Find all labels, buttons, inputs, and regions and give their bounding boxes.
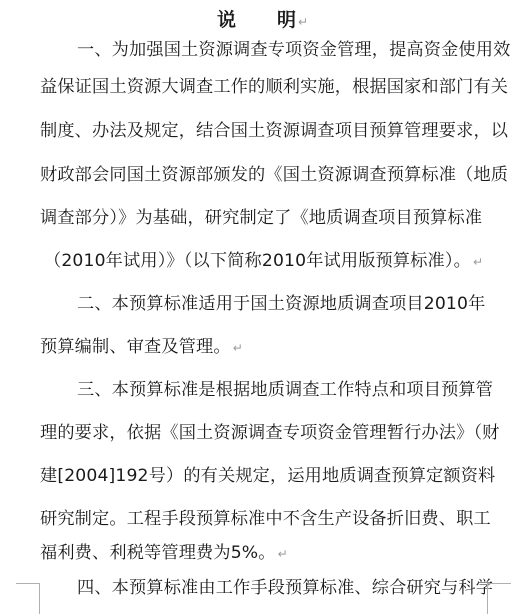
- title-char-1: 说: [217, 5, 236, 32]
- text-line: （2010年试用）》（以下简称2010年试用版预算标准）。↵: [44, 248, 494, 274]
- text-line: 制度、办法及规定，结合国土资源调查项目预算管理要求，以: [40, 118, 490, 144]
- text-line: 福利费、利税等管理费为5%。↵: [40, 540, 490, 566]
- text-line: 预算编制、审查及管理。↵: [40, 334, 490, 360]
- paragraph-mark-icon: ↵: [233, 341, 243, 355]
- paragraph-mark-icon: ↵: [298, 15, 308, 29]
- text-line: 财政部会同国土资源部颁发的《国土资源调查预算标准（地质: [40, 162, 490, 188]
- text-line: 三、本预算标准是根据地质调查工作特点和项目预算管: [77, 377, 527, 403]
- text-line: 益保证国土资源大调查工作的顺利实施，根据国家和部门有关: [40, 74, 490, 100]
- text-line: 理的要求，依据《国土资源调查专项资金管理暂行办法》（财: [40, 420, 490, 446]
- text-line: 四、本预算标准由工作手段预算标准、综合研究与科学: [77, 575, 527, 601]
- corner-mark-left-v: [39, 583, 40, 614]
- corner-mark-right-v: [487, 583, 488, 614]
- text-line: 一、为加强国土资源调查专项资金管理，提高资金使用效: [77, 37, 527, 63]
- text-line: 调查部分）》为基础，研究制定了《地质调查项目预算标准: [40, 205, 490, 231]
- paragraph-mark-icon: ↵: [278, 547, 288, 561]
- corner-mark-right-h: [487, 583, 511, 584]
- text-line: 建[2004]192号）的有关规定，运用地质调查预算定额资料: [40, 463, 490, 489]
- text-line: 二、本预算标准适用于国土资源地质调查项目2010年: [77, 291, 527, 317]
- corner-mark-left-h: [16, 583, 40, 584]
- paragraph-mark-icon: ↵: [473, 255, 483, 269]
- title-char-2: 明↵: [277, 5, 308, 32]
- text-line: 研究制定。工程手段预算标准中不含生产设备折旧费、职工: [40, 506, 490, 532]
- document-page: 说 明↵ 一、为加强国土资源调查专项资金管理，提高资金使用效 益保证国土资源大调…: [0, 0, 529, 614]
